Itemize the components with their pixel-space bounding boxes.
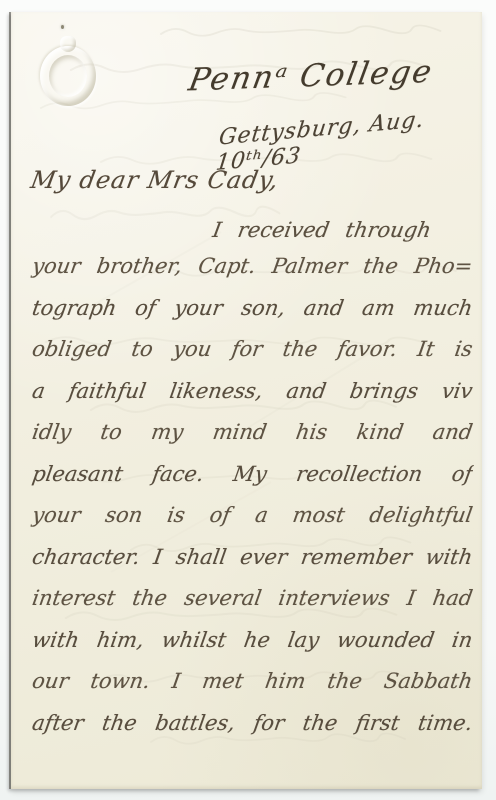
letter-line: your son is of a most delightful [28,503,475,545]
letter-line: with him, whilst he lay wounded in [28,628,475,670]
letter-body: your brother, Capt. Palmer the Pho= togr… [31,254,471,752]
letter-paper: Pennᵃ College Gettysburg, Aug. 10ᵗʰ/63 M… [11,12,482,789]
seal-crown-icon [60,36,76,52]
salutation: My dear Mrs Cady, [29,166,282,194]
letter-line: interest the several interviews I had [28,586,475,628]
pinhole [61,25,64,29]
opening-line: I received through [211,218,461,242]
letter-line: idly to my mind his kind and [28,420,475,462]
letter-line: tograph of your son, and am much [28,296,475,338]
letter-line: our town. I met him the Sabbath [28,669,475,711]
scanned-letter-page: Pennᵃ College Gettysburg, Aug. 10ᵗʰ/63 M… [0,0,496,800]
letter-line: after the battles, for the first time. [28,711,475,753]
embossed-seal [40,46,96,106]
letter-line: character. I shall ever remember with [28,545,475,587]
letter-line: a faithful likeness, and brings viv [28,379,475,421]
letter-line: pleasant face. My recollection of [28,462,475,504]
letter-line: your brother, Capt. Palmer the Pho= [28,254,475,296]
seal-inner-ring [49,55,87,97]
letter-line: obliged to you for the favor. It is [28,337,475,379]
